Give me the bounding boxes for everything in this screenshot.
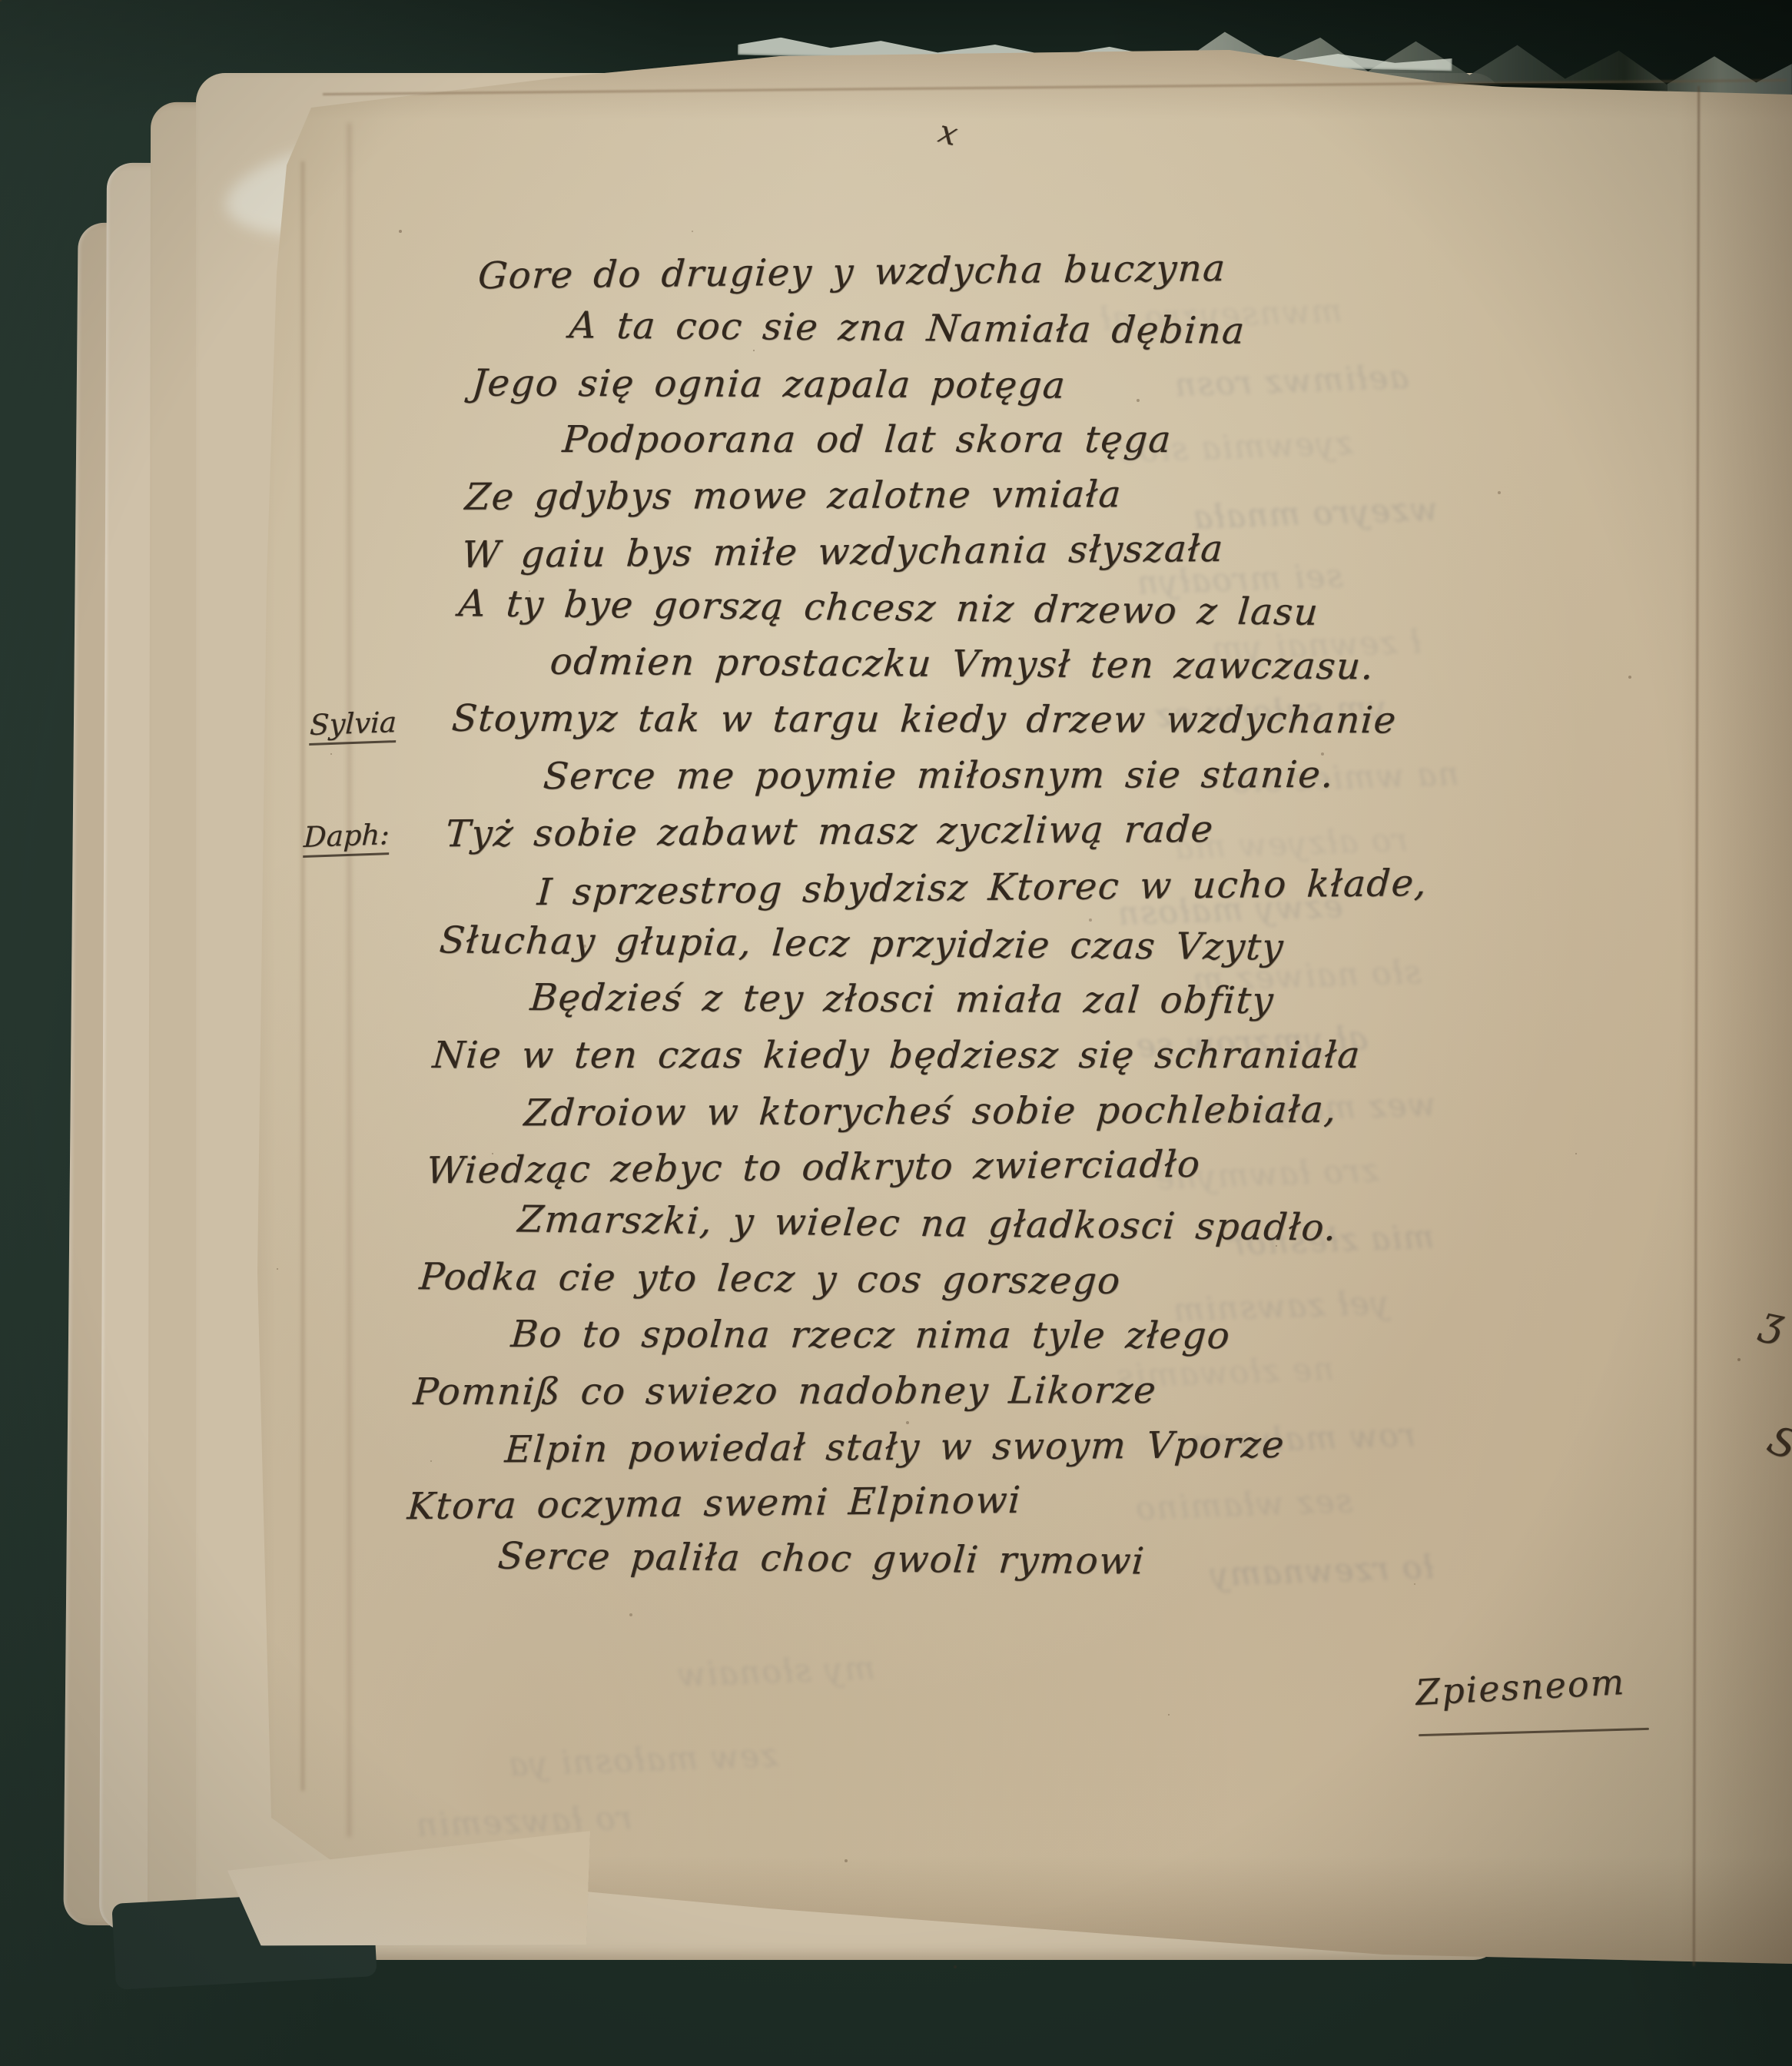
paper-specks <box>0 0 2 2</box>
manuscript-line: W gaiu bys miłe wzdychania słyszała <box>460 527 1225 576</box>
bleedthrough-text: ło rzewnamy <box>1208 1548 1434 1593</box>
manuscript-line: Ze gdybys mowe zalotne vmiała <box>463 473 1123 519</box>
manuscript-line: Słuchay głupia, lecz przyidzie czas Vzyt… <box>437 918 1285 968</box>
manuscript-line: Tyż sobie zabawt masz zyczliwą rade <box>444 808 1215 855</box>
manuscript-line: Serce paliła choc gwoli rymowi <box>496 1535 1147 1583</box>
manuscript-line: Stoymyz tak w targu kiedy drzew wzdychan… <box>450 697 1399 742</box>
manuscript-line: Gore do drugiey y wzdycha buczyna <box>476 247 1227 297</box>
bleedthrough-text: zew małosni ya <box>506 1736 778 1783</box>
manuscript-line: A ta coc sie zna Namiała dębina <box>568 304 1247 352</box>
manuscript-line: Zdroiow w ktorycheś sobie pochlebiała, <box>523 1088 1339 1134</box>
speaker-margin-label: Sylvia <box>310 706 398 746</box>
manuscript-line: Nie w ten czas kiedy będziesz się schran… <box>431 1034 1362 1077</box>
next-page-ink-fragment: S <box>1760 1417 1792 1470</box>
manuscript-scan: mwnseyzro ałaełimwz rosnzyewmia słocwzey… <box>0 0 1792 2066</box>
horizontal-crease <box>323 79 1787 95</box>
page-content: mwnseyzro ałaełimwz rosnzyewmia słocwzey… <box>0 0 1792 2066</box>
manuscript-line: Ktora oczyma swemi Elpinowi <box>406 1478 1022 1527</box>
collation-mark: x <box>934 112 961 153</box>
bleedthrough-text: aełimwz rosn <box>1173 358 1409 404</box>
manuscript-line: A ty bye gorszą chcesz niz drzewo z lasu <box>457 582 1321 634</box>
bleedthrough-text: wzeyro mnała <box>1191 490 1438 536</box>
manuscript-line: Podpoorana od lat skora tęga <box>561 418 1173 461</box>
manuscript-line: Zmarszki, y wielec na gładkosci spadło. <box>516 1197 1338 1249</box>
next-page-ink-fragment: ʒ <box>1757 1297 1788 1347</box>
manuscript-line: I sprzestrog sbydzisz Ktorec w ucho kład… <box>536 862 1429 914</box>
speaker-margin-label: Daph: <box>303 818 390 858</box>
catchword-underline <box>1419 1728 1649 1736</box>
manuscript-line: Podka cie yto lecz y cos gorszego <box>418 1256 1123 1304</box>
manuscript-line: Elpin powiedał stały w swoym Vporze <box>503 1423 1286 1471</box>
manuscript-line: Serce me poymie miłosnym sie stanie. <box>542 753 1336 798</box>
manuscript-line: Bo to spolna rzecz nima tyle złego <box>509 1313 1232 1357</box>
manuscript-line: Jego się ognia zapala potęga <box>470 361 1067 407</box>
bleedthrough-text: sez włamino <box>1133 1482 1353 1527</box>
manuscript-line: Będzieś z tey złosci miała zal obfity <box>529 976 1276 1022</box>
page-edge-shadow <box>301 161 304 1791</box>
manuscript-line: odmien prostaczku Vmysł ten zawczasu. <box>548 639 1376 688</box>
bleedthrough-text: ro ławzemin <box>414 1799 632 1844</box>
manuscript-line: Pomniß co swiezo nadobney Likorze <box>412 1369 1158 1413</box>
manuscript-line: Wiedząc zebyc to odkryto zwierciadło <box>425 1143 1202 1192</box>
page-edge-shadow <box>347 123 351 1837</box>
bleedthrough-text: my słonaiw <box>675 1649 875 1693</box>
vertical-crease <box>1693 86 1700 1966</box>
catchword: Zpiesneom <box>1415 1661 1627 1713</box>
